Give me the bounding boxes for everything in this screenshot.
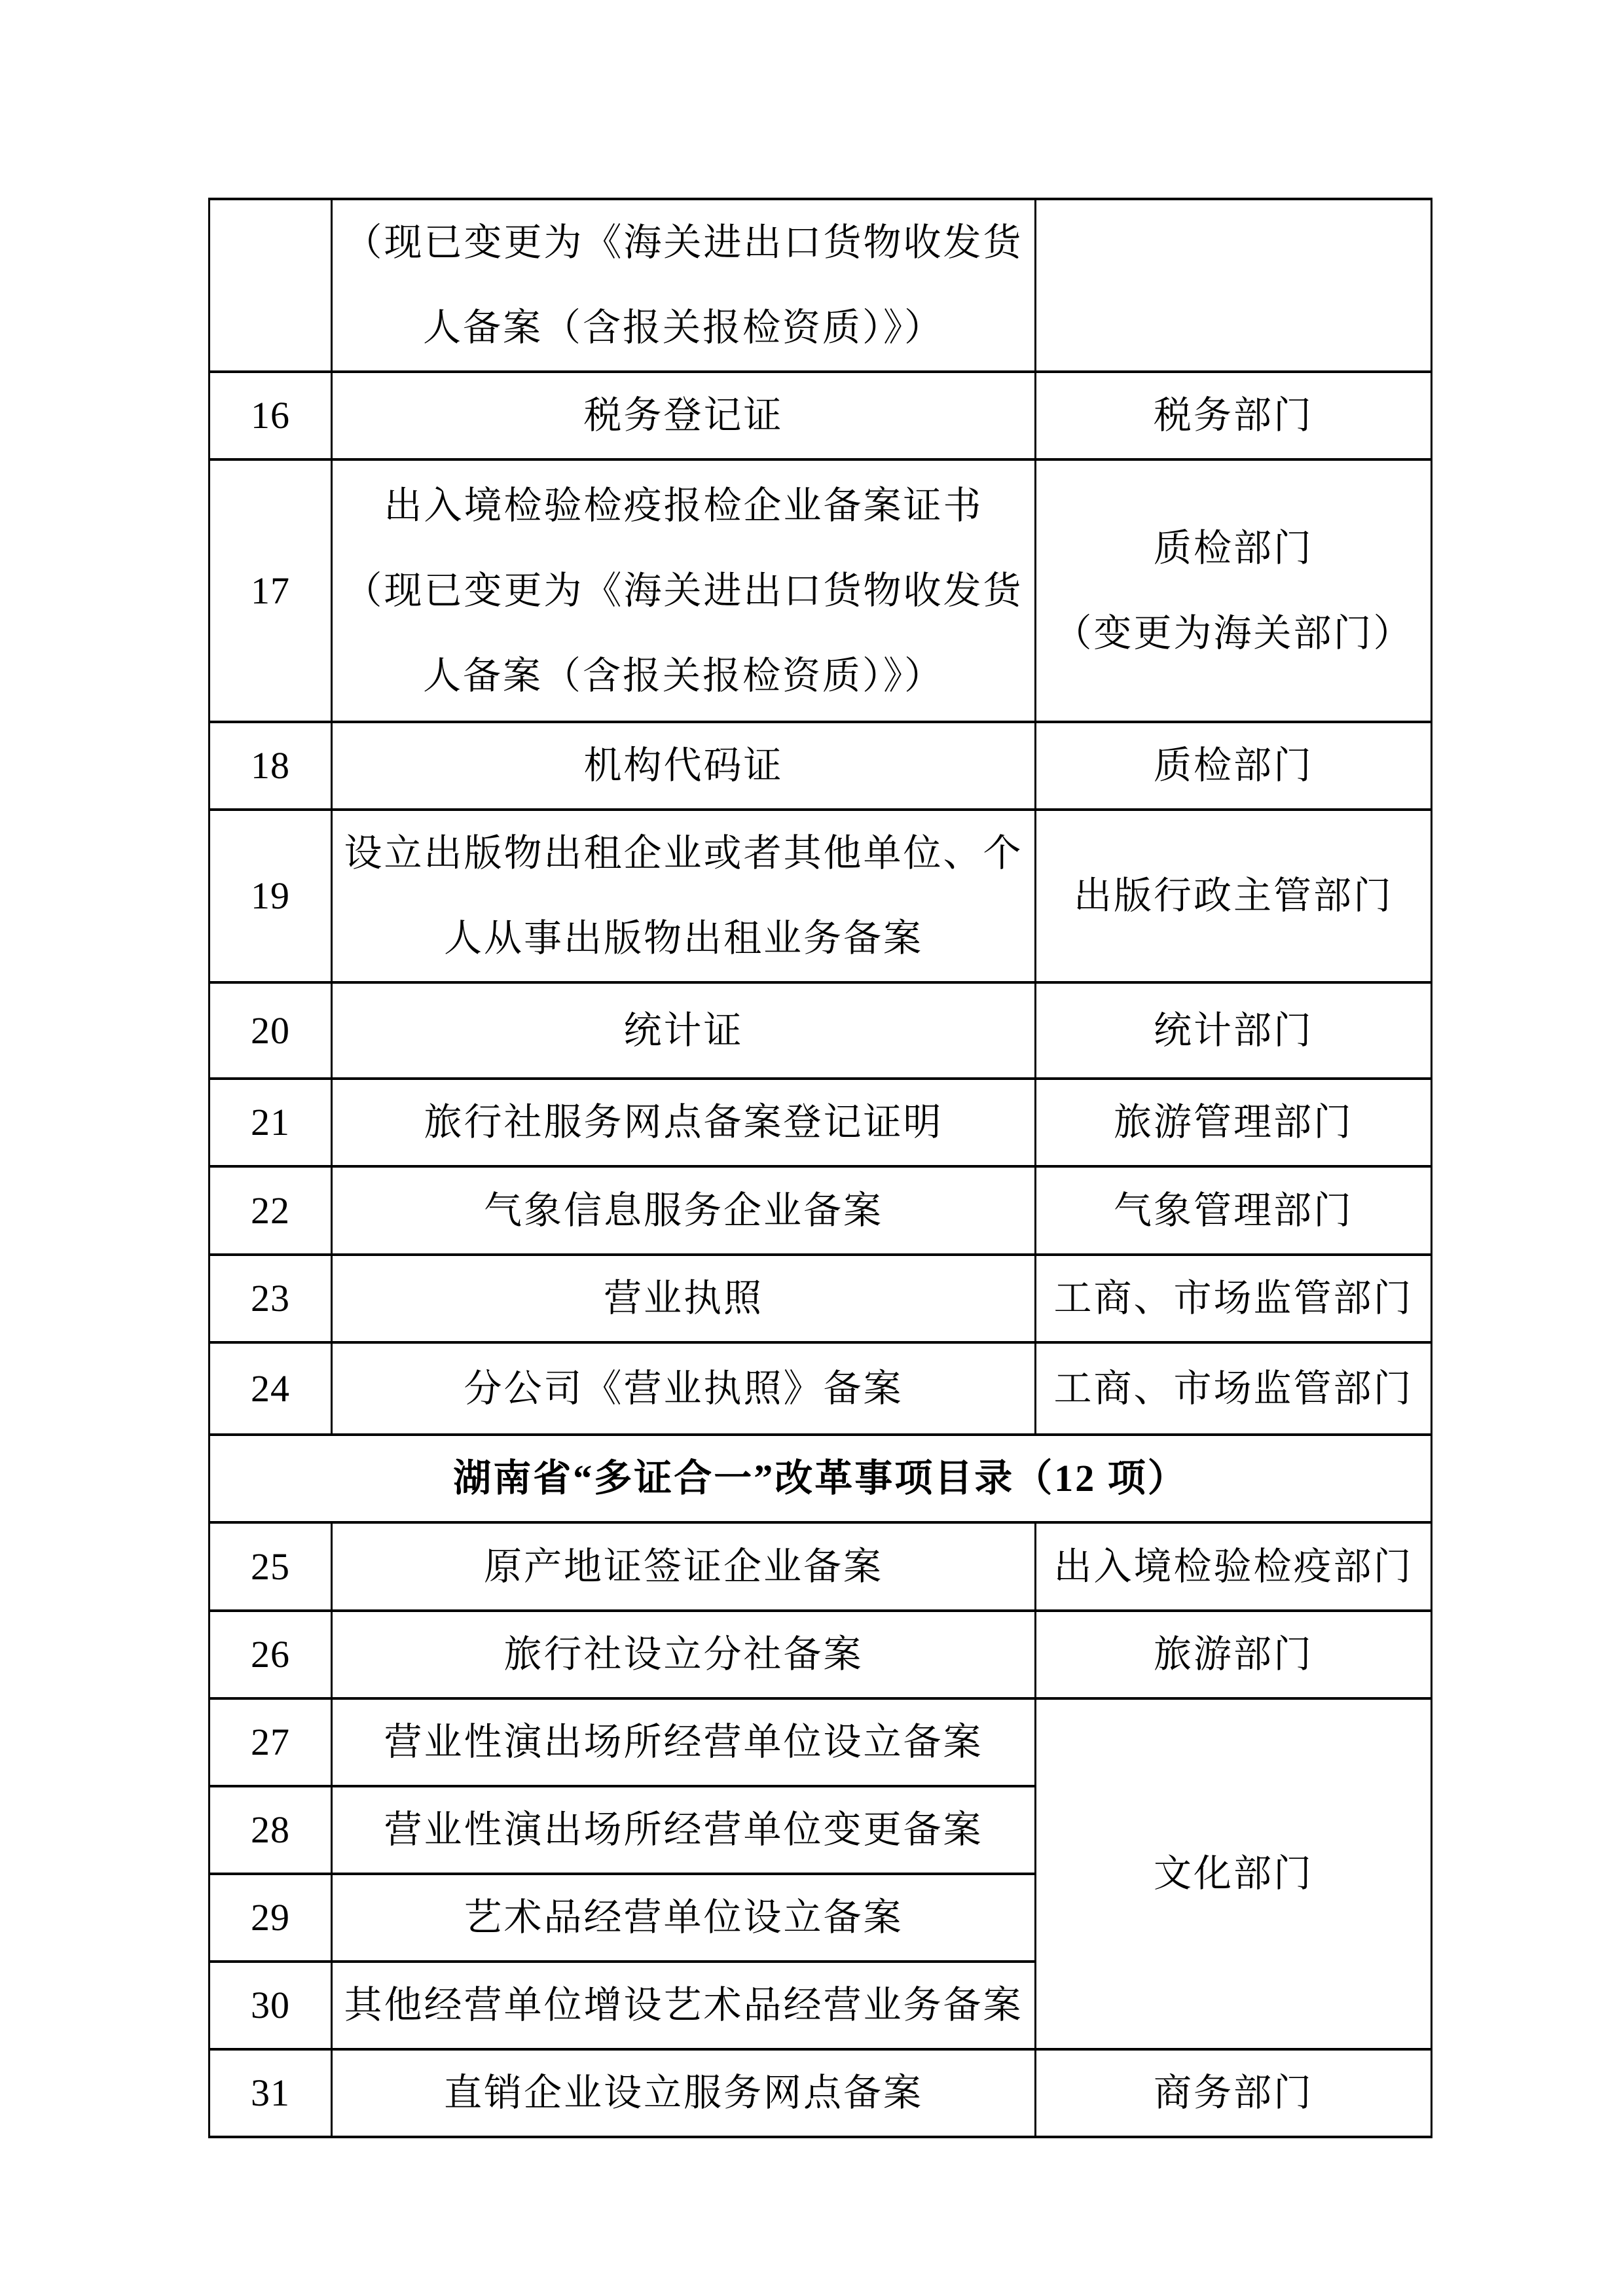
row-number-cell: 18 bbox=[210, 722, 332, 810]
item-text-line: 旅行社设立分社备案 bbox=[333, 1612, 1034, 1697]
row-number-cell: 20 bbox=[210, 982, 332, 1079]
table-row: 26旅行社设立分社备案旅游部门 bbox=[210, 1611, 1432, 1698]
row-number-cell: 17 bbox=[210, 459, 332, 722]
section-header-text: 湖南省“多证合一”改革事项目录（12 项） bbox=[210, 1436, 1431, 1521]
department-text-line: 旅游管理部门 bbox=[1036, 1080, 1431, 1165]
item-name-cell: 原产地证签证企业备案 bbox=[332, 1522, 1036, 1611]
row-number-cell: 19 bbox=[210, 810, 332, 982]
department-text-line: 出入境检验检疫部门 bbox=[1036, 1524, 1431, 1609]
item-name-cell: 直销企业设立服务网点备案 bbox=[332, 2049, 1036, 2137]
section-header-row: 湖南省“多证合一”改革事项目录（12 项） bbox=[210, 1435, 1432, 1522]
table-row: 27营业性演出场所经营单位设立备案文化部门 bbox=[210, 1698, 1432, 1786]
table-row: 25原产地证签证企业备案出入境检验检疫部门 bbox=[210, 1522, 1432, 1611]
item-text-line: 分公司《营业执照》备案 bbox=[333, 1346, 1034, 1431]
item-name-cell: 旅行社服务网点备案登记证明 bbox=[332, 1079, 1036, 1166]
row-number-cell: 16 bbox=[210, 372, 332, 459]
row-number-cell: 28 bbox=[210, 1786, 332, 1874]
department-text-line: 商务部门 bbox=[1036, 2051, 1431, 2136]
table-row: 16税务登记证税务部门 bbox=[210, 372, 1432, 459]
item-text-line: 艺术品经营单位设立备案 bbox=[333, 1875, 1034, 1960]
row-number: 29 bbox=[210, 1875, 331, 1960]
row-number-cell: 31 bbox=[210, 2049, 332, 2137]
certificate-merger-table: （现已变更为《海关进出口货物收发货人备案（含报关报检资质）》）16税务登记证税务… bbox=[208, 198, 1432, 2138]
item-name-cell: 分公司《营业执照》备案 bbox=[332, 1342, 1036, 1435]
table-row: 31直销企业设立服务网点备案商务部门 bbox=[210, 2049, 1432, 2137]
item-text-line: 旅行社服务网点备案登记证明 bbox=[333, 1080, 1034, 1165]
item-name-cell: 税务登记证 bbox=[332, 372, 1036, 459]
table-row: 21旅行社服务网点备案登记证明旅游管理部门 bbox=[210, 1079, 1432, 1166]
item-text-line: 税务登记证 bbox=[333, 373, 1034, 458]
item-text-line: 直销企业设立服务网点备案 bbox=[333, 2051, 1034, 2136]
row-number: 26 bbox=[210, 1612, 331, 1697]
department-text-line: （变更为海关部门） bbox=[1036, 591, 1431, 676]
item-name-cell: 旅行社设立分社备案 bbox=[332, 1611, 1036, 1698]
row-number-cell: 21 bbox=[210, 1079, 332, 1166]
department-cell bbox=[1036, 199, 1432, 372]
item-name-cell: 气象信息服务企业备案 bbox=[332, 1166, 1036, 1255]
row-number: 20 bbox=[210, 988, 331, 1073]
department-cell: 统计部门 bbox=[1036, 982, 1432, 1079]
item-text-line: 出入境检验检疫报检企业备案证书 bbox=[333, 463, 1034, 548]
table-row: 19设立出版物出租企业或者其他单位、个人从事出版物出租业务备案出版行政主管部门 bbox=[210, 810, 1432, 982]
item-name-cell: 设立出版物出租企业或者其他单位、个人从事出版物出租业务备案 bbox=[332, 810, 1036, 982]
item-text-line: 营业性演出场所经营单位变更备案 bbox=[333, 1787, 1034, 1873]
item-text-line: 统计证 bbox=[333, 988, 1034, 1073]
row-number: 31 bbox=[210, 2051, 331, 2136]
item-name-cell: 出入境检验检疫报检企业备案证书（现已变更为《海关进出口货物收发货人备案（含报关报… bbox=[332, 459, 1036, 722]
item-text-line: （现已变更为《海关进出口货物收发货 bbox=[333, 548, 1034, 634]
department-text-line: 质检部门 bbox=[1036, 506, 1431, 591]
item-name-cell: 艺术品经营单位设立备案 bbox=[332, 1874, 1036, 1962]
department-cell: 气象管理部门 bbox=[1036, 1166, 1432, 1255]
row-number: 25 bbox=[210, 1524, 331, 1609]
department-text-line: 旅游部门 bbox=[1036, 1612, 1431, 1697]
item-text-line: 人备案（含报关报检资质）》） bbox=[333, 285, 1034, 370]
department-cell: 税务部门 bbox=[1036, 372, 1432, 459]
department-text-line: 税务部门 bbox=[1036, 373, 1431, 458]
department-cell: 出入境检验检疫部门 bbox=[1036, 1522, 1432, 1611]
item-text-line: 原产地证签证企业备案 bbox=[333, 1524, 1034, 1609]
item-text-line: 其他经营单位增设艺术品经营业务备案 bbox=[333, 1963, 1034, 2048]
department-cell: 旅游部门 bbox=[1036, 1611, 1432, 1698]
row-number: 17 bbox=[210, 548, 331, 634]
item-name-cell: 机构代码证 bbox=[332, 722, 1036, 810]
row-number-cell: 26 bbox=[210, 1611, 332, 1698]
item-text-line: 气象信息服务企业备案 bbox=[333, 1168, 1034, 1253]
department-text-line: 气象管理部门 bbox=[1036, 1168, 1431, 1253]
row-number: 23 bbox=[210, 1256, 331, 1341]
department-cell: 工商、市场监管部门 bbox=[1036, 1255, 1432, 1342]
row-number-cell: 22 bbox=[210, 1166, 332, 1255]
table-row: （现已变更为《海关进出口货物收发货人备案（含报关报检资质）》） bbox=[210, 199, 1432, 372]
item-text-line: 设立出版物出租企业或者其他单位、个 bbox=[333, 811, 1034, 896]
row-number-cell: 24 bbox=[210, 1342, 332, 1435]
row-number: 19 bbox=[210, 853, 331, 939]
row-number-cell bbox=[210, 199, 332, 372]
row-number: 30 bbox=[210, 1963, 331, 2048]
department-cell: 文化部门 bbox=[1036, 1698, 1432, 2049]
department-cell: 出版行政主管部门 bbox=[1036, 810, 1432, 982]
item-name-cell: 营业性演出场所经营单位设立备案 bbox=[332, 1698, 1036, 1786]
row-number-cell: 30 bbox=[210, 1962, 332, 2049]
row-number-cell: 25 bbox=[210, 1522, 332, 1611]
row-number: 27 bbox=[210, 1700, 331, 1785]
department-text-line: 工商、市场监管部门 bbox=[1036, 1256, 1431, 1341]
department-cell: 质检部门（变更为海关部门） bbox=[1036, 459, 1432, 722]
item-text-line: （现已变更为《海关进出口货物收发货 bbox=[333, 200, 1034, 285]
row-number: 28 bbox=[210, 1787, 331, 1873]
department-text-line: 出版行政主管部门 bbox=[1036, 853, 1431, 939]
department-cell: 工商、市场监管部门 bbox=[1036, 1342, 1432, 1435]
table-row: 22气象信息服务企业备案气象管理部门 bbox=[210, 1166, 1432, 1255]
table-row: 18机构代码证质检部门 bbox=[210, 722, 1432, 810]
department-cell: 质检部门 bbox=[1036, 722, 1432, 810]
row-number: 18 bbox=[210, 723, 331, 808]
item-name-cell: 其他经营单位增设艺术品经营业务备案 bbox=[332, 1962, 1036, 2049]
item-name-cell: （现已变更为《海关进出口货物收发货人备案（含报关报检资质）》） bbox=[332, 199, 1036, 372]
department-text-line: 工商、市场监管部门 bbox=[1036, 1346, 1431, 1431]
table-row: 20统计证统计部门 bbox=[210, 982, 1432, 1079]
department-text-line: 文化部门 bbox=[1036, 1831, 1431, 1916]
item-name-cell: 营业执照 bbox=[332, 1255, 1036, 1342]
table-body: （现已变更为《海关进出口货物收发货人备案（含报关报检资质）》）16税务登记证税务… bbox=[210, 199, 1432, 2137]
department-cell: 商务部门 bbox=[1036, 2049, 1432, 2137]
item-name-cell: 统计证 bbox=[332, 982, 1036, 1079]
table-row: 23营业执照工商、市场监管部门 bbox=[210, 1255, 1432, 1342]
department-text-line: 统计部门 bbox=[1036, 988, 1431, 1073]
item-text-line: 营业性演出场所经营单位设立备案 bbox=[333, 1700, 1034, 1785]
department-text-line: 质检部门 bbox=[1036, 723, 1431, 808]
item-text-line: 营业执照 bbox=[333, 1256, 1034, 1341]
row-number: 22 bbox=[210, 1168, 331, 1253]
table-row: 24分公司《营业执照》备案工商、市场监管部门 bbox=[210, 1342, 1432, 1435]
row-number-cell: 27 bbox=[210, 1698, 332, 1786]
item-name-cell: 营业性演出场所经营单位变更备案 bbox=[332, 1786, 1036, 1874]
item-text-line: 人从事出版物出租业务备案 bbox=[333, 896, 1034, 981]
item-text-line: 人备案（含报关报检资质）》） bbox=[333, 634, 1034, 719]
table-row: 17出入境检验检疫报检企业备案证书（现已变更为《海关进出口货物收发货人备案（含报… bbox=[210, 459, 1432, 722]
department-cell: 旅游管理部门 bbox=[1036, 1079, 1432, 1166]
row-number: 21 bbox=[210, 1080, 331, 1165]
document-page: （现已变更为《海关进出口货物收发货人备案（含报关报检资质）》）16税务登记证税务… bbox=[0, 0, 1623, 2296]
row-number: 24 bbox=[210, 1346, 331, 1431]
item-text-line: 机构代码证 bbox=[333, 723, 1034, 808]
row-number: 16 bbox=[210, 373, 331, 458]
row-number-cell: 29 bbox=[210, 1874, 332, 1962]
row-number-cell: 23 bbox=[210, 1255, 332, 1342]
section-header-cell: 湖南省“多证合一”改革事项目录（12 项） bbox=[210, 1435, 1432, 1522]
